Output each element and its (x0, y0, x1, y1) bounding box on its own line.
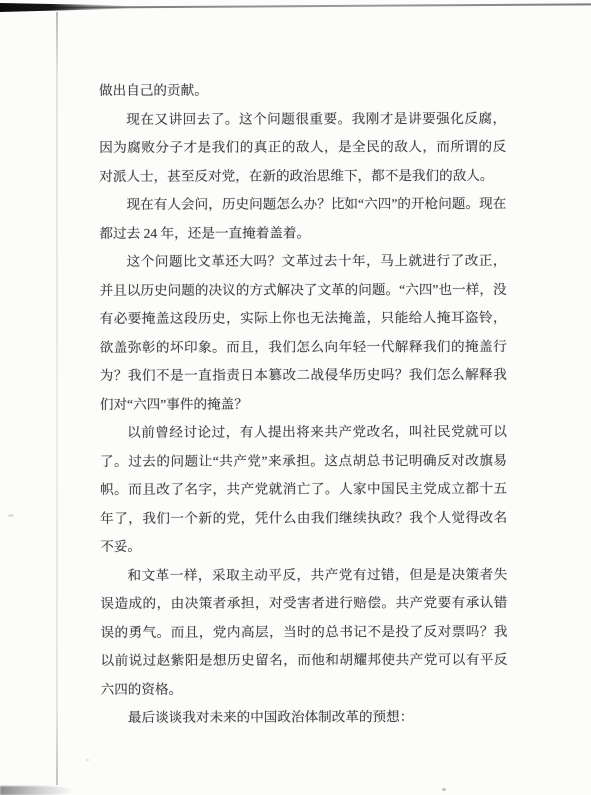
paper-left-edge-shadow (56, 12, 58, 785)
document-body: 做出自己的贡献。 现在又讲回去了。这个问题很重要。我刚才是讲要强化反腐，因为腐败… (99, 76, 508, 733)
paragraph-7: 最后谈谈我对未来的中国政治体制改革的预想： (101, 703, 508, 733)
paragraph-1: 做出自己的贡献。 (99, 76, 506, 106)
scan-speck (86, 759, 89, 761)
paragraph-3: 现在有人会问，历史问题怎么办？比如“六四”的开枪问题。现在都过去 24 年，还是… (99, 190, 506, 248)
scan-speck (442, 788, 446, 791)
paragraph-6: 和文革一样，采取主动平反，共产党有过错，但是是决策者失误造成的，由决策者承担，对… (100, 560, 507, 704)
scanned-document-page: 做出自己的贡献。 现在又讲回去了。这个问题很重要。我刚才是讲要强化反腐，因为腐败… (0, 0, 591, 795)
scan-bottom-left-smudge (0, 786, 74, 795)
paragraph-2: 现在又讲回去了。这个问题很重要。我刚才是讲要强化反腐，因为腐败分子才是我们的真正… (99, 104, 506, 191)
paragraph-5: 以前曾经讨论过，有人提出将来共产党改名，叫社民党就可以了。过去的问题让“共产党”… (100, 418, 507, 562)
scan-top-left-dark-band (0, 3, 128, 12)
scan-speck (8, 514, 14, 517)
paragraph-4: 这个问题比文革还大吗？文革过去十年，马上就进行了改正，并且以历史问题的决议的方式… (99, 247, 506, 419)
